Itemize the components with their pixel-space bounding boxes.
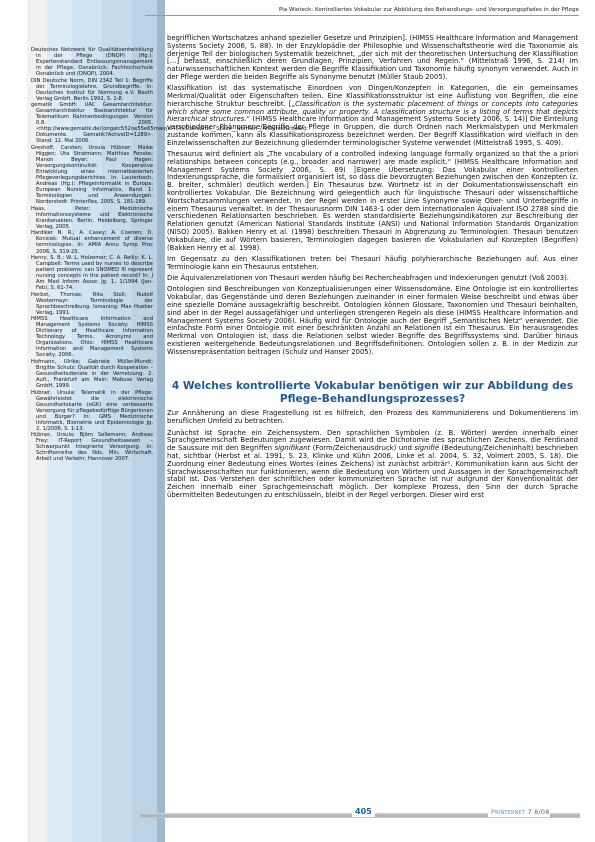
body-paragraph: Ontologien sind Beschreibungen von Konze… xyxy=(167,286,578,356)
running-header: Pia Wieteck: Kontrolliertes Vokabular zu… xyxy=(145,7,579,16)
reference-list: Deutsches Netzwerk für Qualitätsentwickl… xyxy=(31,47,153,463)
body-paragraph: Zur Annäherung an diese Fragestellung is… xyxy=(167,410,578,426)
body-paragraph: Thesaurus wird definiert als „The vocabu… xyxy=(167,151,578,252)
section-heading: 4 Welches kontrollierte Vokabular benöti… xyxy=(167,380,578,406)
reference-item: DIN Deutsche Norm, DIN 2342 Teil 1: Begr… xyxy=(31,78,153,102)
reference-item: HIMSS Healthcare Information and Managem… xyxy=(31,316,153,358)
paragraph-text: (Bedeutung/Zeicheninhalt) beschrieben ha… xyxy=(167,444,578,499)
reference-item: Greshoff, Carsten; Ursula Hübner; Maike … xyxy=(31,145,153,205)
reference-item: Hübner, Ursula; Björn Sellemann; Andreas… xyxy=(31,432,153,462)
body-paragraph: Klassifikation ist das systematische Ein… xyxy=(167,85,578,147)
journal-issue: 7 8/08 xyxy=(528,808,550,816)
reference-item: Hofmann, Ulrike; Gabriele Müller-Mundt; … xyxy=(31,359,153,389)
body-paragraph: Die Äquivalenzrelationen von Thesauri we… xyxy=(167,275,578,283)
reference-item: gematik GmbH: UAC Gesamtarchitektur: Ges… xyxy=(31,102,153,144)
page-number: 405 xyxy=(352,807,375,817)
reference-item: Deutsches Netzwerk für Qualitätsentwickl… xyxy=(31,47,153,77)
reference-item: Haas, Peter: Medizinische Informationssy… xyxy=(31,206,153,230)
journal-name: Printernet 7 8/08 xyxy=(488,808,550,817)
article-body: begrifflichen Wortschatzes anhand spezie… xyxy=(167,35,578,503)
journal-title: Printernet xyxy=(491,808,525,816)
reference-item: Hübner, Ursula: Telematik in der Pflege:… xyxy=(31,390,153,432)
page-margin xyxy=(0,0,8,842)
body-paragraph: begrifflichen Wortschatzes anhand spezie… xyxy=(167,35,578,82)
body-paragraph: Im Gegensatz zu den Klassifikationen tre… xyxy=(167,256,578,272)
body-paragraph: Zunächst ist Sprache ein Zeichensystem. … xyxy=(167,430,578,500)
reference-item: Hardiker N. R.; A. Casey; A. Coenen; D. … xyxy=(31,230,153,254)
reference-item: Herbst, Thomas; Rita Stoll; Rudolf Weste… xyxy=(31,292,153,316)
reference-item: Henry, S. B.; W. L. Holzemer; C. A. Reil… xyxy=(31,255,153,291)
